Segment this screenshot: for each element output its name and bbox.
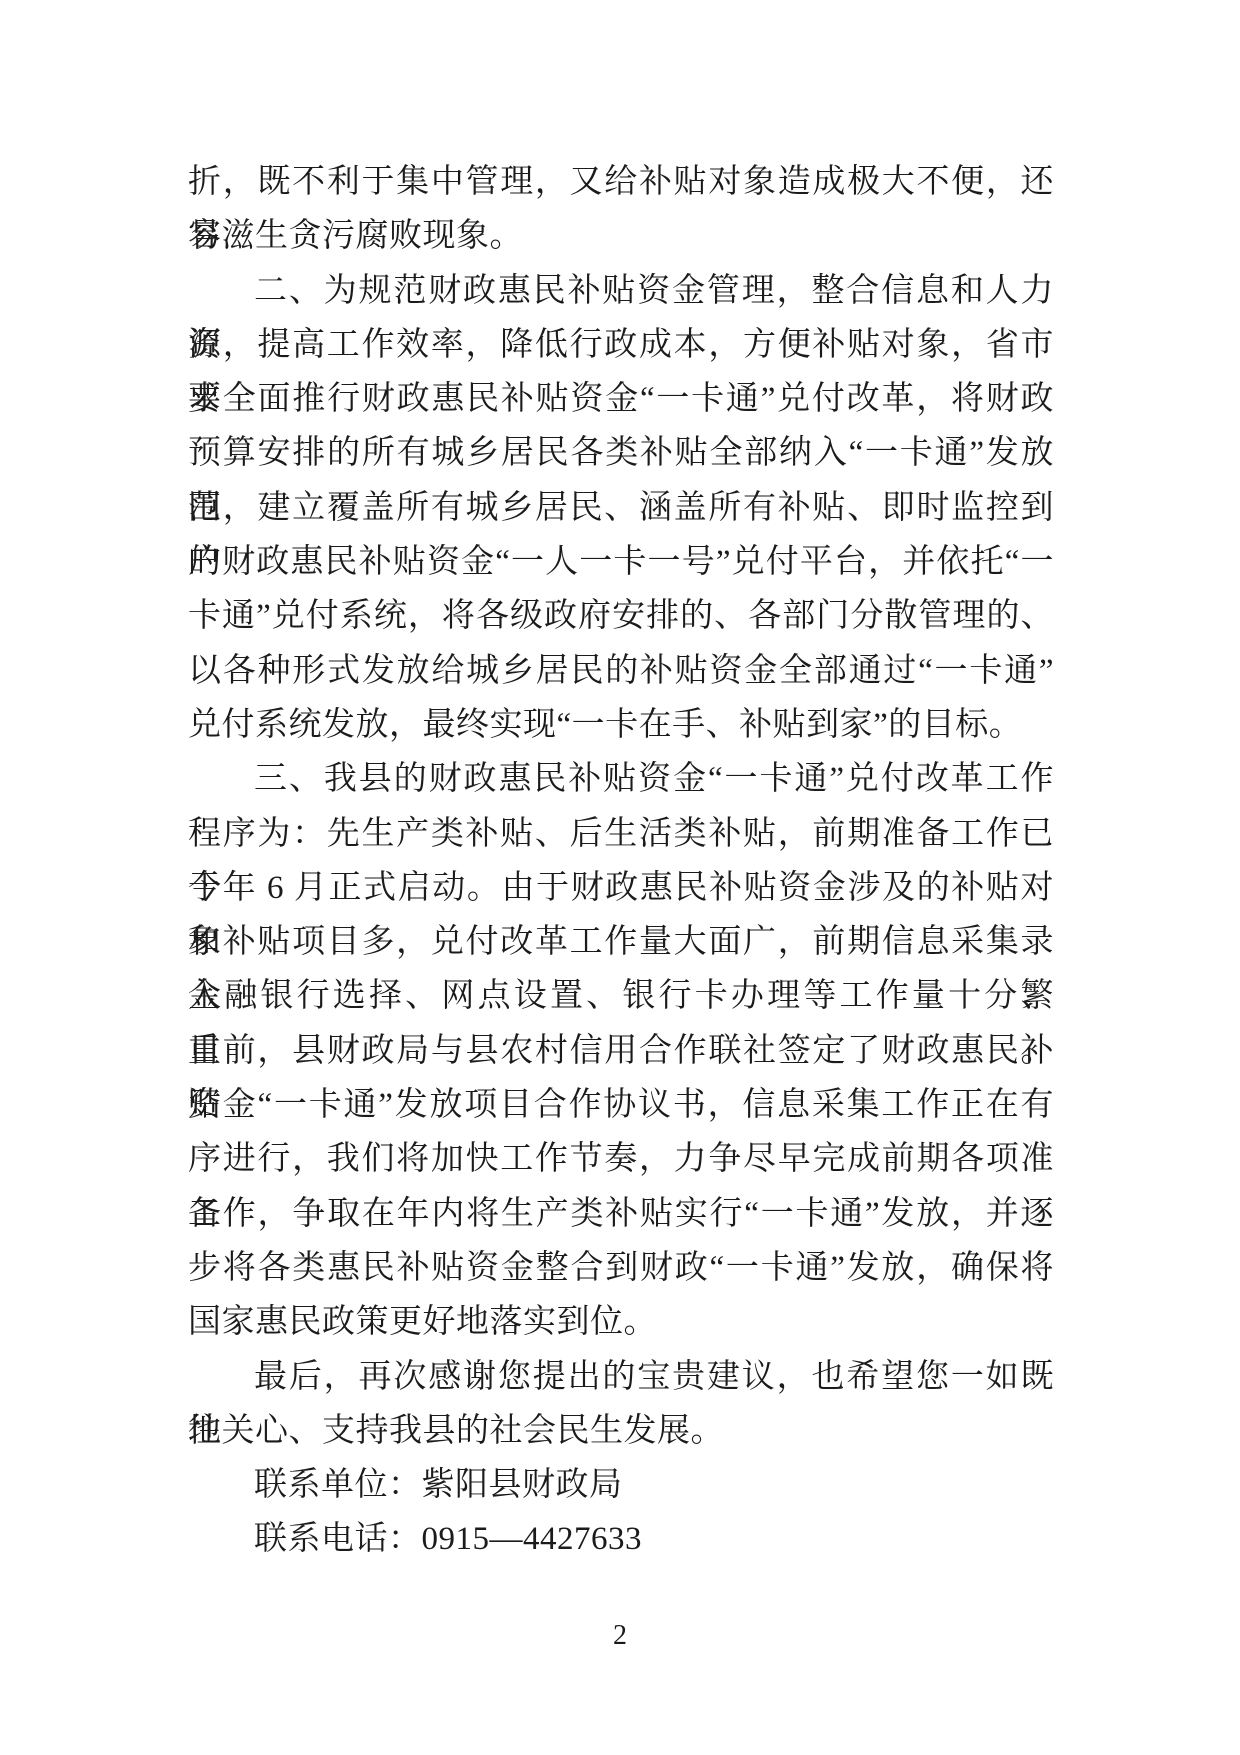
text-line: 目前，县财政局与县农村信用合作联社签定了财政惠民补贴 <box>188 1024 1054 1078</box>
text-line: 地关心、支持我县的社会民生发展。 <box>188 1404 1054 1458</box>
text-line: 兑付系统发放，最终实现“一卡在手、补贴到家”的目标。 <box>188 698 1054 752</box>
text-line: 的财政惠民补贴资金“一人一卡一号”兑付平台，并依托“一 <box>188 535 1054 589</box>
text-line: 金融银行选择、网点设置、银行卡办理等工作量十分繁重。 <box>188 969 1054 1023</box>
text-line: 源，提高工作效率，降低行政成本，方便补贴对象，省市要 <box>188 318 1054 372</box>
document-page: 折，既不利于集中管理，又给补贴对象造成极大不便，还容 易滋生贪污腐败现象。 二、… <box>0 0 1240 1755</box>
paragraph-closing: 最后，再次感谢您提出的宝贵建议，也希望您一如既往 地关心、支持我县的社会民生发展… <box>188 1350 1054 1459</box>
contact-phone-line: 联系电话：0915—4427633 <box>188 1512 1054 1566</box>
text-line: 预算安排的所有城乡居民各类补贴全部纳入“一卡通”发放范 <box>188 426 1054 480</box>
paragraph-section-three: 三、我县的财政惠民补贴资金“一卡通”兑付改革工作 程序为：先生产类补贴、后生活类… <box>188 752 1054 1349</box>
text-line: 资金“一卡通”发放项目合作协议书，信息采集工作正在有 <box>188 1078 1054 1132</box>
page-number: 2 <box>0 1620 1240 1652</box>
text-line: 三、我县的财政惠民补贴资金“一卡通”兑付改革工作 <box>188 752 1054 806</box>
text-line: 易滋生贪污腐败现象。 <box>188 209 1054 263</box>
paragraph-section-two: 二、为规范财政惠民补贴资金管理，整合信息和人力资 源，提高工作效率，降低行政成本… <box>188 264 1054 753</box>
text-line: 二、为规范财政惠民补贴资金管理，整合信息和人力资 <box>188 264 1054 318</box>
paragraph-continuation: 折，既不利于集中管理，又给补贴对象造成极大不便，还容 易滋生贪污腐败现象。 <box>188 155 1054 264</box>
text-line: 和补贴项目多，兑付改革工作量大面广，前期信息采集录入、 <box>188 915 1054 969</box>
text-line: 联系电话：0915—4427633 <box>188 1512 1054 1566</box>
text-line: 围，建立覆盖所有城乡居民、涵盖所有补贴、即时监控到户 <box>188 481 1054 535</box>
document-body: 折，既不利于集中管理，又给补贴对象造成极大不便，还容 易滋生贪污腐败现象。 二、… <box>188 155 1054 1567</box>
contact-unit-line: 联系单位：紫阳县财政局 <box>188 1458 1054 1512</box>
text-line: 最后，再次感谢您提出的宝贵建议，也希望您一如既往 <box>188 1350 1054 1404</box>
text-line: 国家惠民政策更好地落实到位。 <box>188 1295 1054 1349</box>
text-line: 折，既不利于集中管理，又给补贴对象造成极大不便，还容 <box>188 155 1054 209</box>
text-line: 步将各类惠民补贴资金整合到财政“一卡通”发放，确保将 <box>188 1241 1054 1295</box>
text-line: 卡通”兑付系统，将各级政府安排的、各部门分散管理的、 <box>188 589 1054 643</box>
text-line: 工作，争取在年内将生产类补贴实行“一卡通”发放，并逐 <box>188 1187 1054 1241</box>
text-line: 求全面推行财政惠民补贴资金“一卡通”兑付改革，将财政 <box>188 372 1054 426</box>
text-line: 联系单位：紫阳县财政局 <box>188 1458 1054 1512</box>
text-line: 今年 6 月正式启动。由于财政惠民补贴资金涉及的补贴对象 <box>188 861 1054 915</box>
text-line: 程序为：先生产类补贴、后生活类补贴，前期准备工作已于 <box>188 807 1054 861</box>
text-line: 序进行，我们将加快工作节奏，力争尽早完成前期各项准备 <box>188 1132 1054 1186</box>
text-line: 以各种形式发放给城乡居民的补贴资金全部通过“一卡通” <box>188 644 1054 698</box>
